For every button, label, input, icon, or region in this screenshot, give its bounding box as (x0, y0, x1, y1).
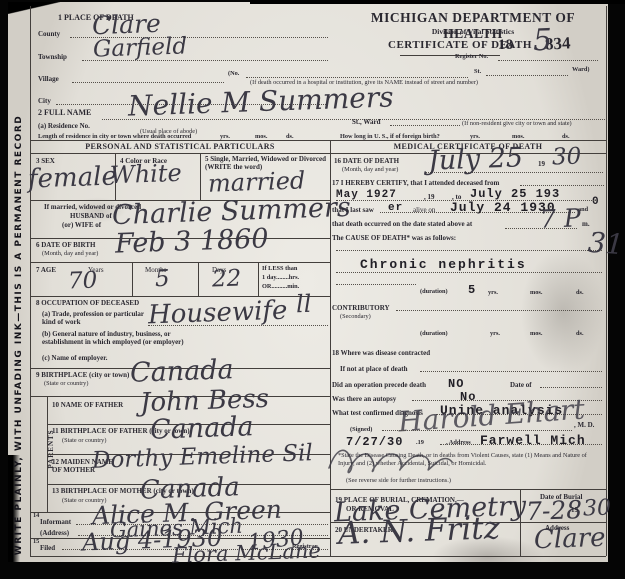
contributory-label: CONTRIBUTORY (332, 304, 390, 312)
secondary-label: (Secondary) (340, 313, 371, 321)
undertaker-address-value: Clare (534, 525, 606, 553)
ward-paren-label: Ward) (572, 66, 590, 74)
dod-label: 16 DATE OF DEATH (334, 157, 399, 165)
occupation-c-label: (c) Name of employer. (42, 354, 107, 362)
cause-line-1 (336, 250, 602, 251)
duration-ds: ds. (576, 289, 584, 297)
if-not-line (420, 371, 602, 372)
duration-value: 5 (468, 284, 476, 296)
cell-divider (200, 153, 201, 200)
age-label: 7 AGE (36, 266, 56, 274)
dod-year-value: 30 (552, 145, 582, 169)
disease-contracted-label: 18 Where was disease contracted (332, 349, 430, 357)
cell-divider (258, 262, 259, 296)
section-top-line (30, 140, 606, 141)
birthplace-value: Canada (130, 356, 235, 387)
township-value: Garfield (93, 35, 188, 61)
md-label: , M. D. (574, 421, 594, 429)
autopsy-label: Was there an autopsy (332, 395, 396, 403)
cert-number-prefix: 18 (498, 36, 513, 54)
duration2-yrs: yrs. (490, 330, 500, 338)
birthplace-label: 9 BIRTHPLACE (city or town) (36, 371, 129, 379)
register-number-handwritten: 5 (532, 26, 552, 57)
filed-label: Filed (40, 544, 55, 552)
operation-value: NO (448, 378, 464, 390)
informant-number: 14 (33, 512, 39, 520)
wife-of-label: (or) WIFE of (62, 221, 101, 229)
death-time-value: 7 P (540, 205, 582, 231)
occupation-b-label: (b) General nature of industry, business… (42, 330, 192, 347)
dob-sub-label: (Month, day and year) (42, 250, 98, 258)
cell-divider (198, 262, 199, 296)
st-label: St. (474, 68, 481, 76)
sign-address-line (440, 444, 602, 445)
father-birthplace-sub: (State or country) (62, 437, 106, 445)
dob-label: 6 DATE OF BIRTH (36, 241, 95, 249)
cause-value: Chronic nephritis (360, 258, 527, 271)
form-left-border (30, 6, 31, 556)
husband-of-label: HUSBAND of (70, 212, 112, 220)
parents-vertical-label: PARENTS (47, 404, 55, 494)
cell-divider (132, 262, 133, 296)
county-label: County (38, 30, 60, 38)
signed-line (382, 430, 572, 431)
duration-yrs: yrs. (488, 289, 498, 297)
reverse-side-note: (See reverse side for further instructio… (346, 477, 451, 485)
duration-mos: mos. (530, 289, 542, 297)
date-of-label: Date of (510, 381, 532, 389)
father-birthplace-value: Canada (150, 413, 255, 444)
duration-line (336, 284, 416, 285)
age-months-value: 5 (155, 268, 170, 291)
lastsaw-label1: that I last saw (332, 206, 374, 214)
village-label: Village (38, 75, 59, 83)
certify-line (520, 185, 604, 186)
if-less-label2: 1 day........hrs. (262, 274, 299, 282)
dod-19-printed: 19 (538, 160, 545, 168)
date-of-line (540, 387, 602, 388)
cause-line-2 (336, 272, 602, 273)
st-ward-label: St., Ward (352, 118, 380, 126)
operation-label: Did an operation precede death (332, 381, 426, 389)
race-value: White (110, 161, 182, 187)
register-label: Register No. (455, 53, 488, 61)
undertaker-value: A. N. Fritz (338, 513, 501, 550)
age-years-value: 70 (68, 269, 98, 293)
informant-label: Informant (40, 518, 71, 526)
if-not-label: If not at place of death (340, 365, 407, 373)
occupation-a-value: Housewife (148, 298, 288, 329)
dod-value: July 25 (428, 144, 524, 174)
occupation-stray-marks: ll (296, 292, 312, 317)
duration2-label: (duration) (420, 330, 448, 338)
contributory-line (396, 310, 602, 311)
cause-of-death-label: The CAUSE OF DEATH* was as follows: (332, 234, 456, 242)
footnote-text: *State the Disease Causing Death, or in … (338, 452, 600, 467)
sign-address-value: Farwell Mich (480, 434, 586, 447)
duration2-mos: mos. (530, 330, 542, 338)
occupation-a-label: (a) Trade, profession or particular kind… (42, 310, 147, 327)
left-section-title: PERSONAL AND STATISTICAL PARTICULARS (30, 142, 330, 152)
village-line (72, 82, 224, 83)
duration2-ds: ds. (576, 330, 584, 338)
death-occurred-label: that death occurred on the date stated a… (332, 220, 472, 228)
margin-code-handwritten: 31 (587, 229, 625, 259)
death-certificate-scan: WRITE PLAINLY, WITH UNFADING INK—THIS IS… (0, 0, 625, 579)
lastsaw-label2: alive on (413, 206, 435, 214)
father-name-label: 10 NAME OF FATHER (52, 401, 123, 409)
margin-caption: WRITE PLAINLY, WITH UNFADING INK—THIS IS… (14, 105, 24, 565)
birthplace-sub-label: (State or country) (44, 380, 88, 388)
signed-label: (Signed) (350, 426, 372, 434)
register-line (498, 60, 598, 61)
registrar-signature: Flora McLane (172, 540, 322, 566)
if-less-label1: If LESS than (262, 265, 297, 273)
township-label: Township (38, 53, 67, 61)
sex-value: female (28, 163, 118, 192)
residence-label: (a) Residence No. (38, 122, 90, 130)
age-days-value: 22 (212, 267, 242, 291)
attended-to-digit: 0 (592, 197, 600, 208)
marital-value: married (208, 168, 306, 195)
st-line (486, 75, 568, 76)
burial-year-value: 30 (583, 498, 612, 521)
dod-sub-label: (Month, day and year) (342, 166, 398, 174)
fullname-label: 2 FULL NAME (38, 108, 91, 118)
dob-value: Feb 3 1860 (115, 225, 269, 257)
scan-edge (250, 0, 625, 4)
no-line (246, 77, 468, 78)
informant-address-label: (Address) (40, 529, 69, 537)
scan-corner-shadow (8, 2, 60, 14)
if-less-label3: OR..........min. (262, 283, 299, 291)
burial-top-line (330, 489, 606, 490)
duration-label: (duration) (420, 288, 448, 296)
attended-to-value: July 25 193 (470, 188, 560, 200)
burial-19-printed: 19 (571, 506, 578, 514)
filed-number: 15 (33, 538, 39, 546)
nonresident-note: (If non-resident give city or town and s… (462, 120, 572, 128)
no-paren-label: (No. (228, 70, 239, 78)
row-line (30, 262, 330, 263)
st-ward-line (390, 125, 460, 126)
city-label: City (38, 97, 51, 105)
occupation-title: 8 OCCUPATION OF DECEASED (36, 299, 139, 307)
form-right-border (606, 6, 607, 556)
